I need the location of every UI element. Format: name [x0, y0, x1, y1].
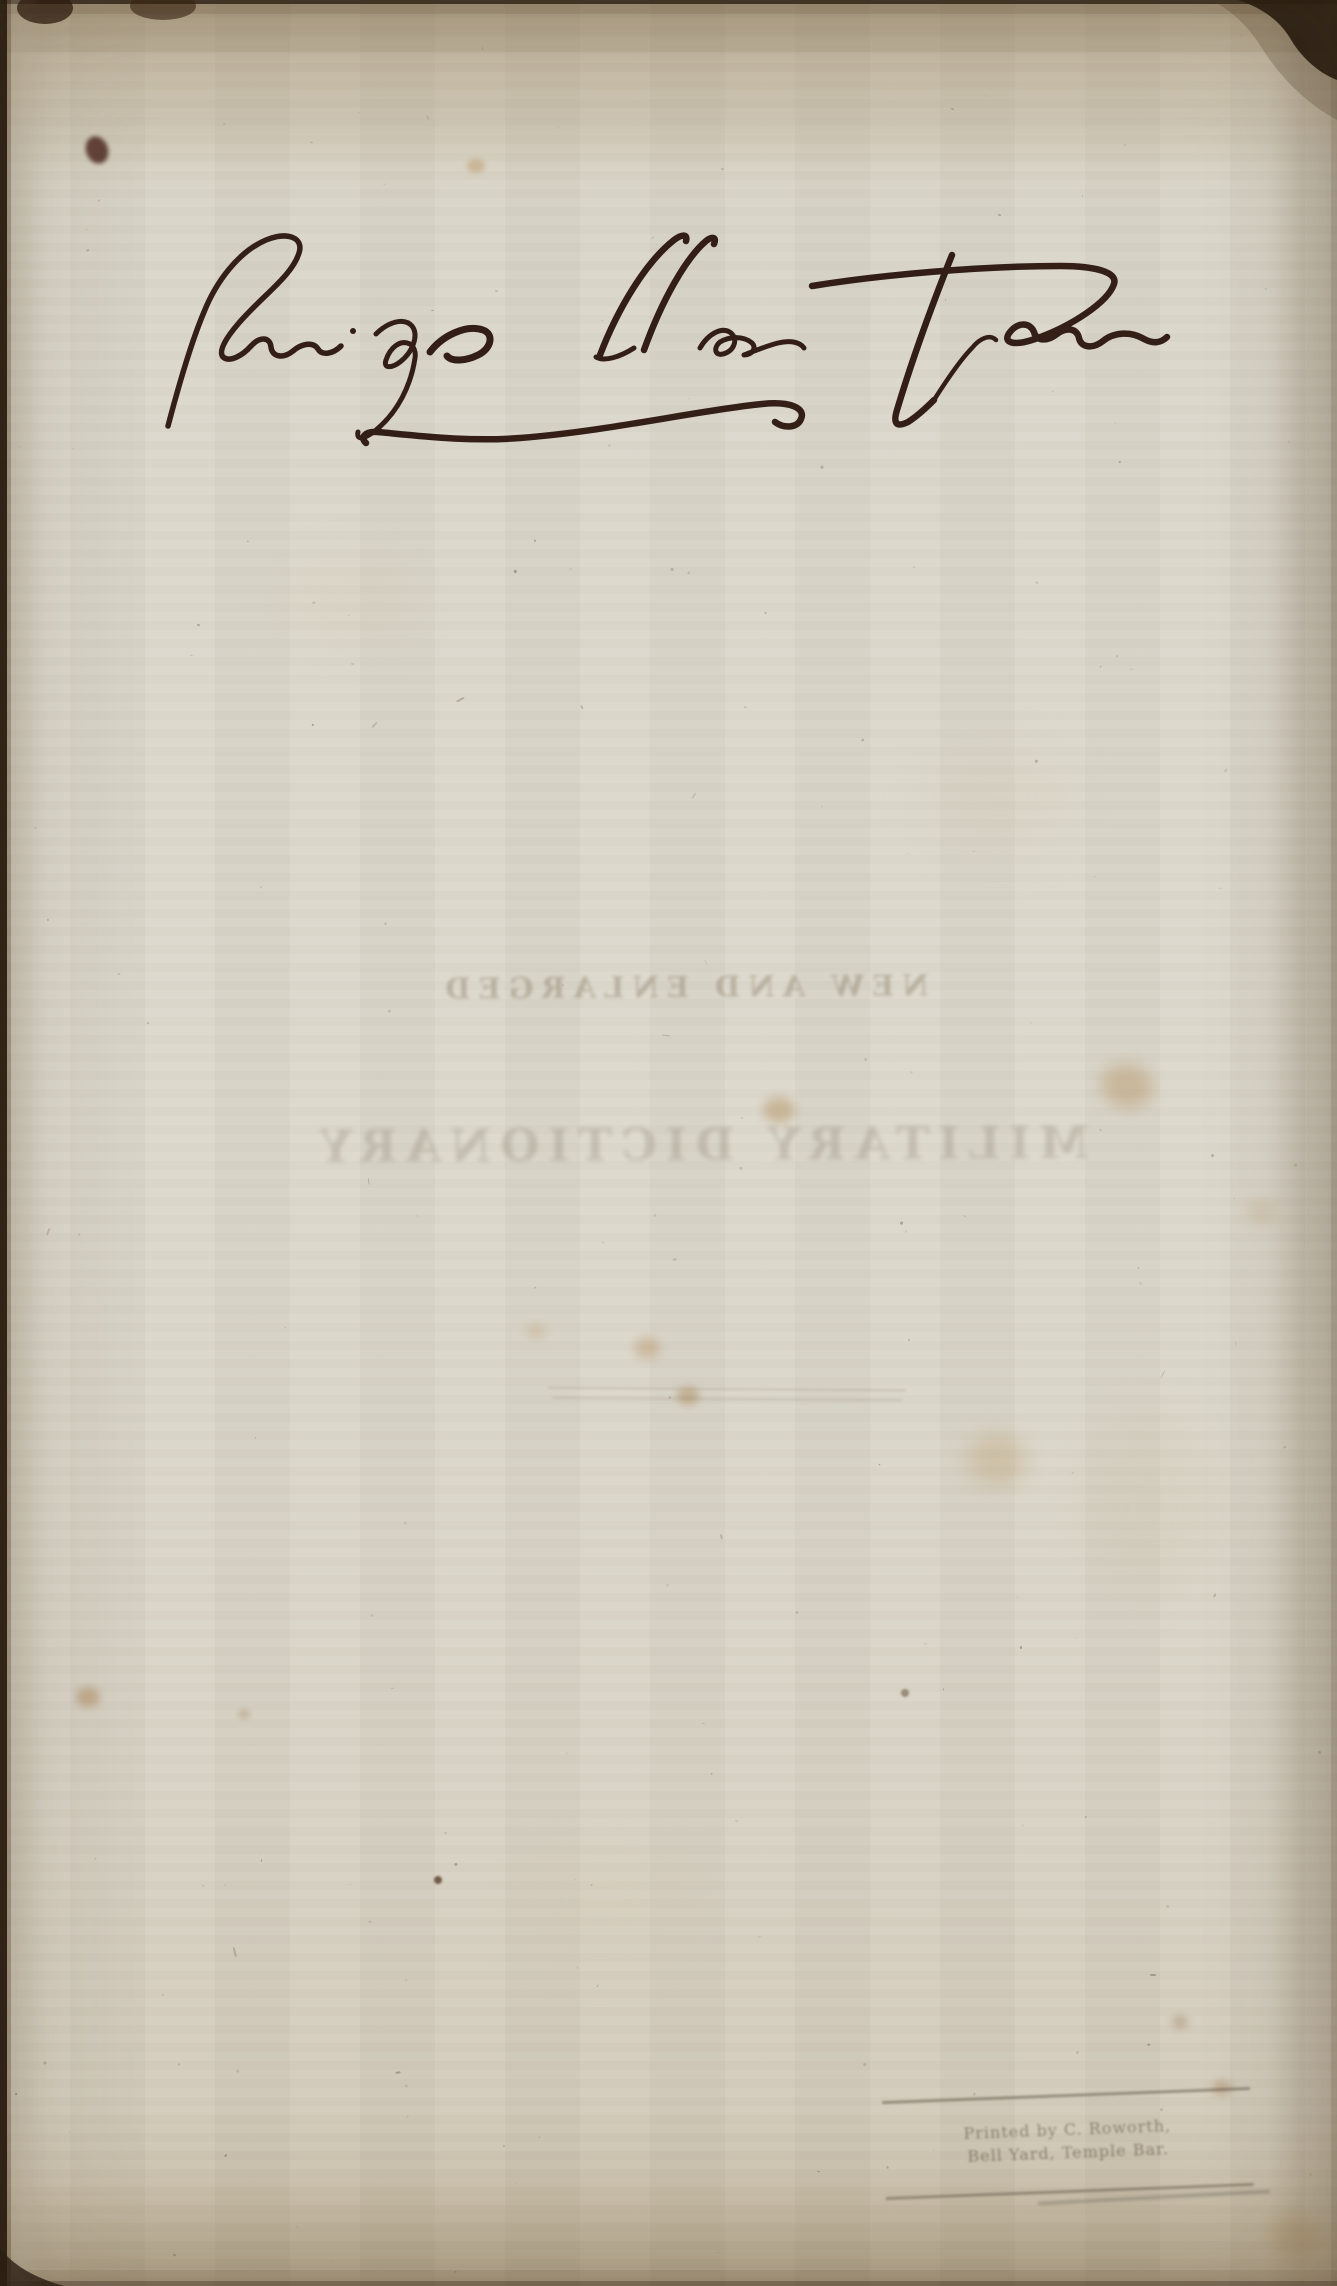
page-corner-shadow-bottom-left: [0, 2248, 64, 2286]
page-corner-shadow-top-right-halo: [1210, 0, 1337, 120]
book-page-photo: NEW AND ENLARGED MILITARY DICTIONARY Pri…: [0, 0, 1337, 2286]
handwritten-signature: [0, 0, 1337, 2286]
edge-blob-top-mid: [130, 0, 196, 20]
edge-blob-top-left: [17, 0, 73, 24]
signature-ink-strokes: [168, 236, 1167, 443]
